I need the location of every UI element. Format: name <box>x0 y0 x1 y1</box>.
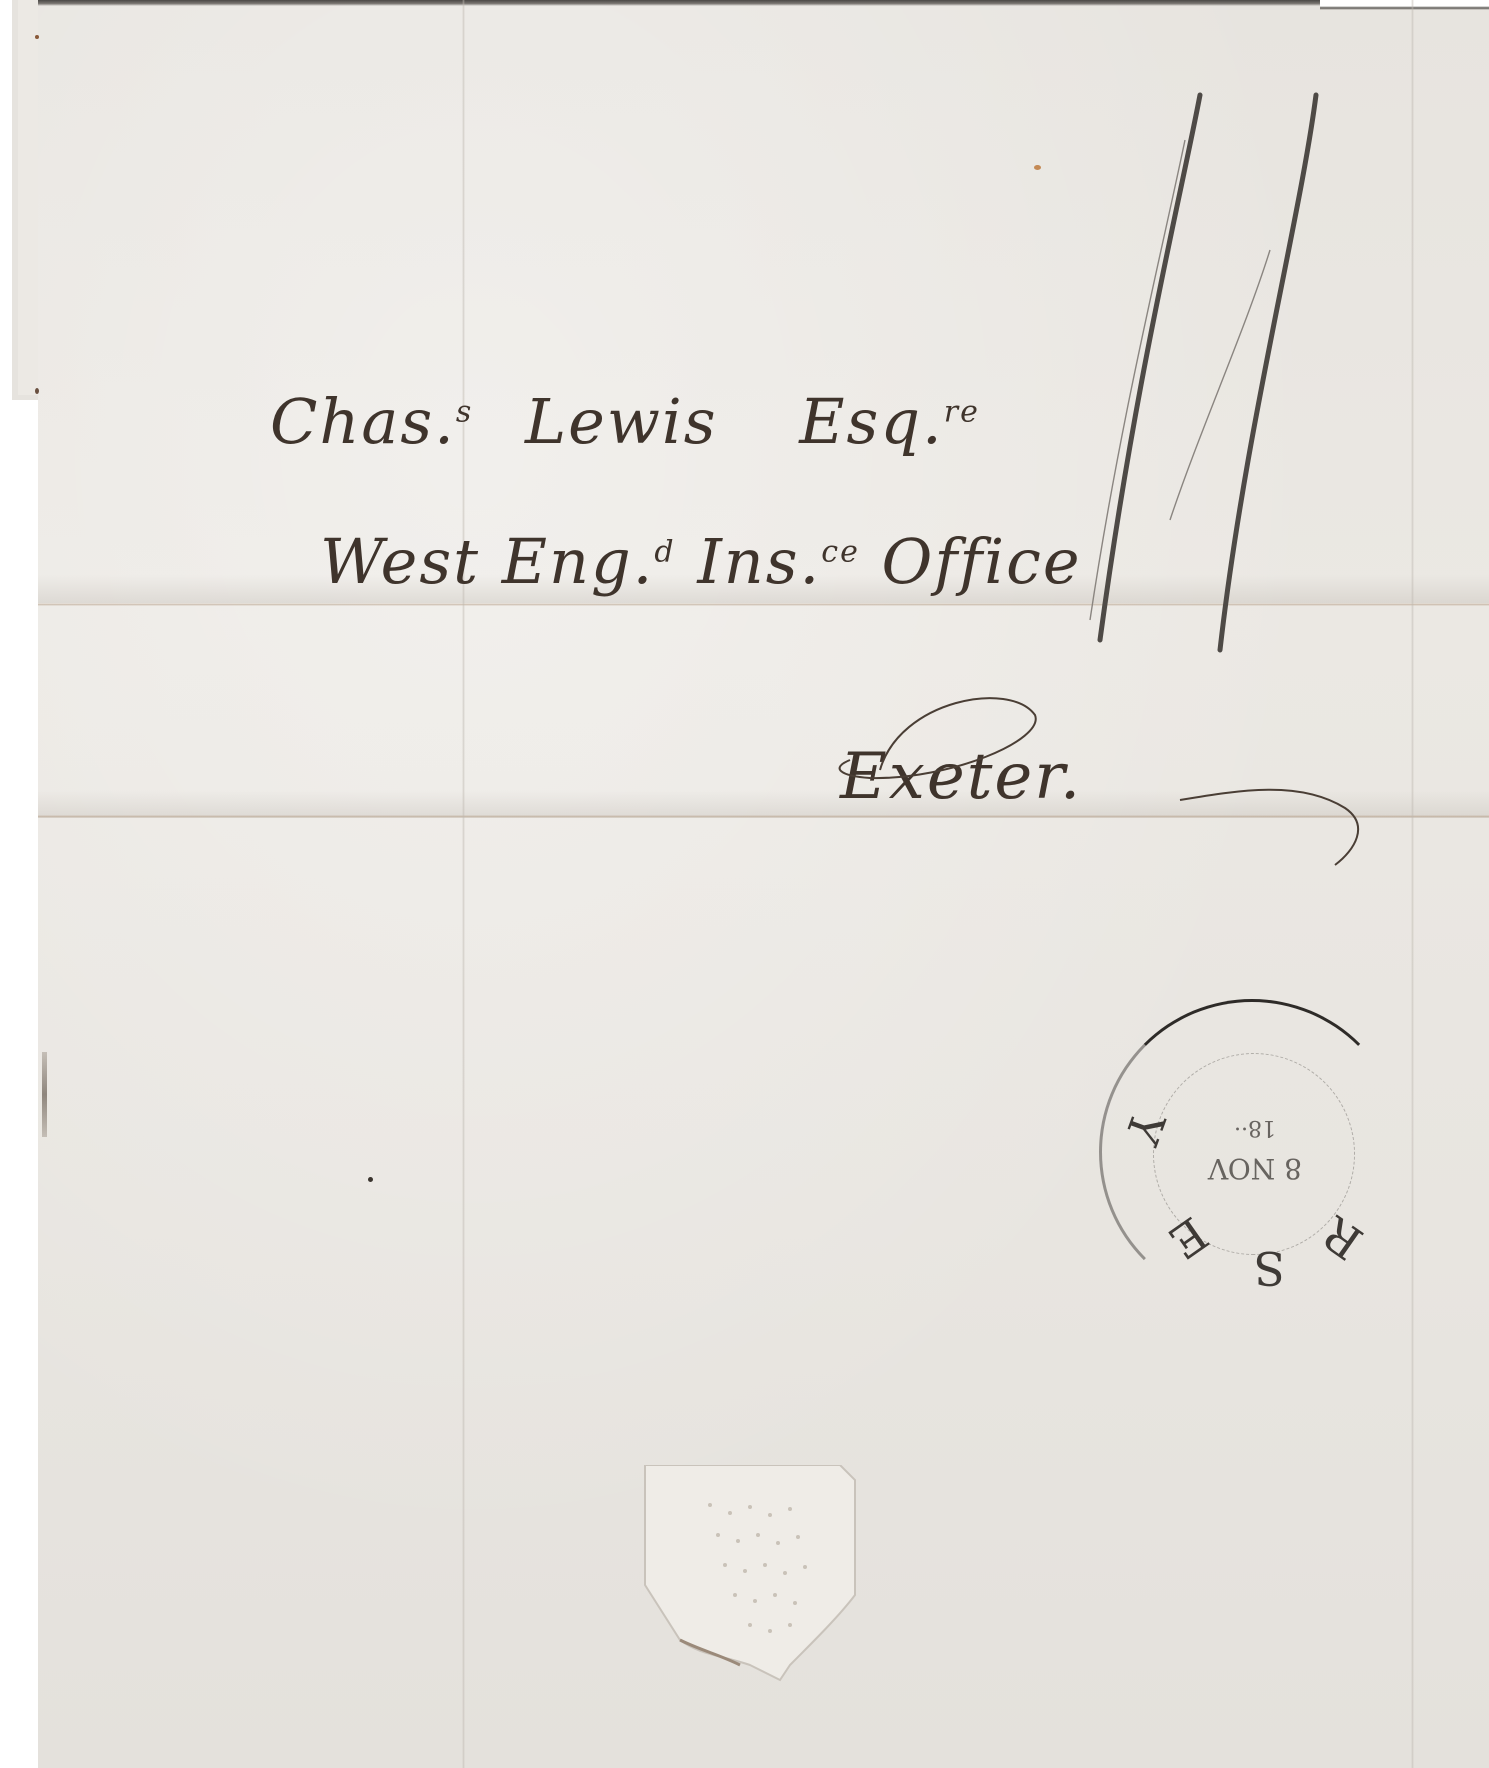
wafer-seal <box>640 1465 890 1735</box>
margin-mark <box>42 1052 47 1137</box>
postmark-letter: S <box>1253 1241 1285 1295</box>
ink-speck <box>35 35 39 39</box>
postmark-month: NOV <box>1208 1152 1275 1185</box>
postmark-date-month: 8 NOV <box>1105 1152 1405 1185</box>
postmark: Y E S R 8 NOV 18·· <box>1095 995 1405 1305</box>
postmark-year: 18·· <box>1105 1115 1405 1140</box>
postmark-day: 8 <box>1284 1152 1302 1185</box>
ink-speck <box>35 388 39 394</box>
ink-speck <box>368 1177 373 1182</box>
rust-spot <box>1034 165 1041 170</box>
